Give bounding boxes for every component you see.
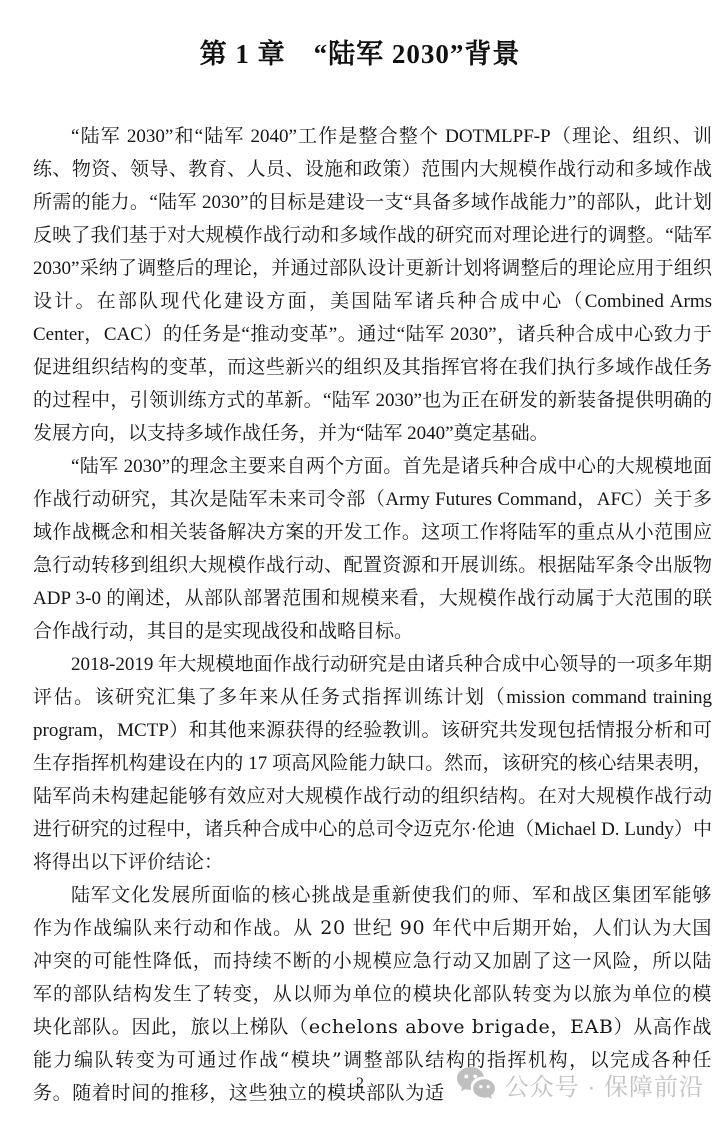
document-page: 第 1 章 “陆军 2030”背景 “陆军 2030”和“陆军 2040”工作是… — [0, 0, 720, 1122]
wechat-icon — [456, 1066, 496, 1102]
watermark-text: 公众号 · 保障前沿 — [505, 1067, 704, 1102]
paragraph-1: “陆军 2030”和“陆军 2040”工作是整合整个 DOTMLPF-P（理论、… — [33, 120, 712, 450]
body-text: “陆军 2030”和“陆军 2040”工作是整合整个 DOTMLPF-P（理论、… — [33, 120, 712, 1110]
paragraph-2: “陆军 2030”的理念主要来自两个方面。首先是诸兵种合成中心的大规模地面作战行… — [33, 450, 712, 648]
chapter-title: 第 1 章 “陆军 2030”背景 — [0, 0, 720, 74]
paragraph-3: 2018-2019 年大规模地面作战行动研究是由诸兵种合成中心领导的一项多年期评… — [33, 648, 712, 879]
watermark: 公众号 · 保障前沿 — [456, 1066, 704, 1102]
